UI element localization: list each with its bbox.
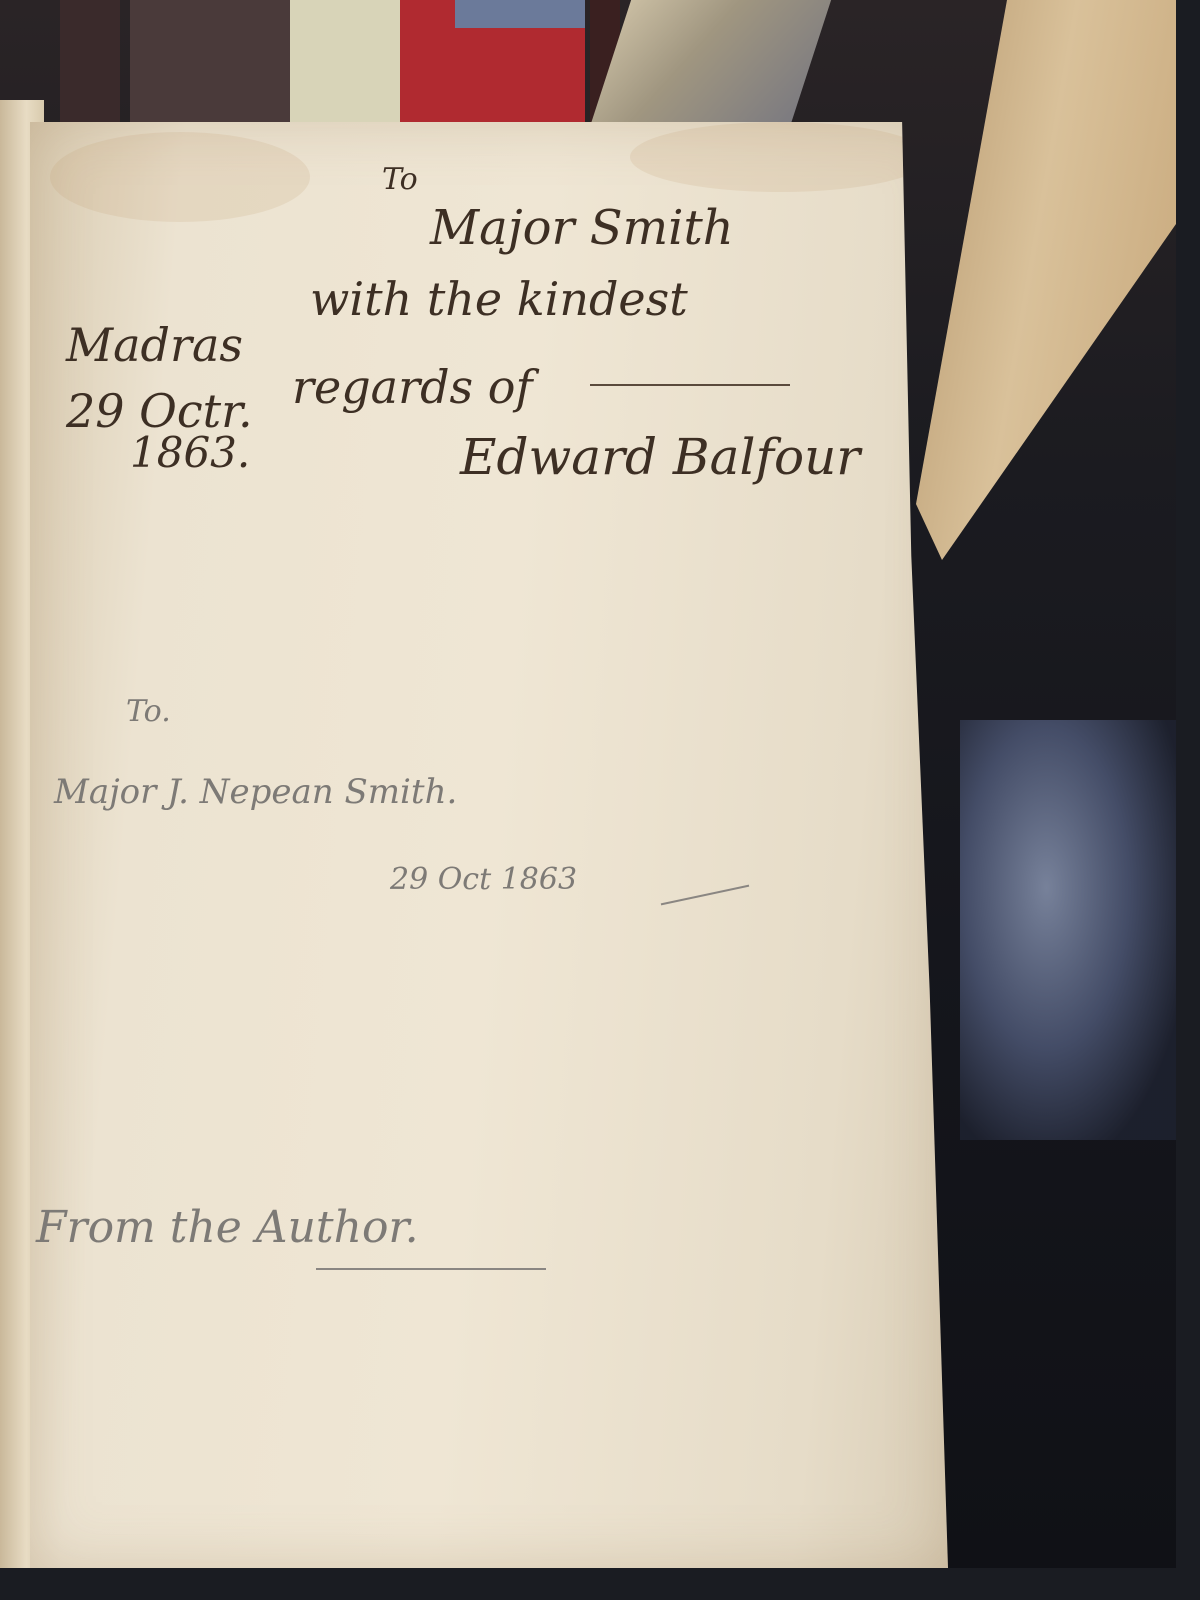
ink-with-kindest: with the kindest [310, 272, 688, 326]
pencil-from-author: From the Author. [36, 1202, 419, 1253]
flyleaf-page: To Major Smith Madras with the kindest 2… [30, 122, 948, 1568]
pencil-recipient: Major J. Nepean Smith. [54, 772, 457, 812]
picture-frame [589, 0, 831, 130]
shelf-book-spine [60, 0, 120, 130]
pencil-date: 29 Oct 1863 [390, 862, 577, 897]
shelf-book-spine [290, 0, 400, 130]
pencil-author-underline [316, 1268, 546, 1270]
blurred-fabric [960, 720, 1176, 1140]
photo-scene: To Major Smith Madras with the kindest 2… [0, 0, 1176, 1568]
ink-recipient: Major Smith [430, 200, 734, 256]
paper-stain [50, 132, 310, 222]
pencil-to: To. [126, 694, 171, 729]
ink-signature: Edward Balfour [460, 428, 860, 486]
ink-year: 1863. [130, 428, 250, 477]
ink-to: To [382, 162, 418, 197]
ink-place: Madras [66, 318, 243, 372]
ink-regards: regards of [292, 360, 532, 414]
shelf-book-label [455, 0, 585, 28]
ink-flourish [590, 384, 790, 386]
paper-stain [630, 122, 930, 192]
shelf-book-spine [130, 0, 290, 130]
pencil-date-underline [661, 885, 749, 906]
